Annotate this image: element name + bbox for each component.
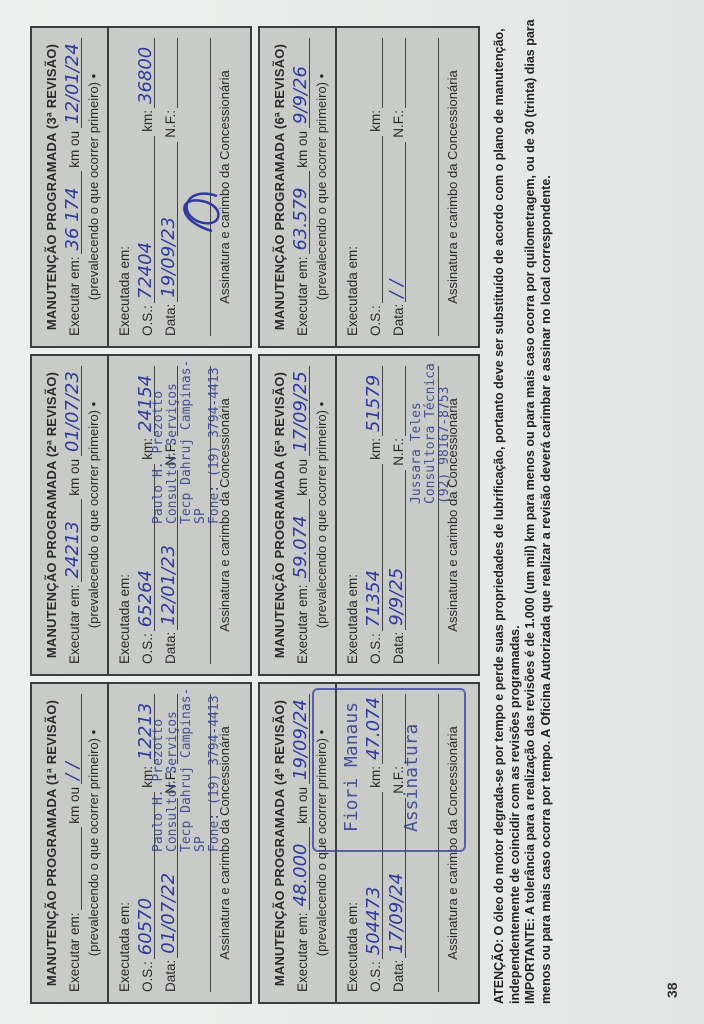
data-label: Data:: [391, 960, 406, 992]
data-label: Data:: [163, 304, 178, 336]
km-ou-label: km ou: [67, 131, 82, 168]
os-row: O.S.: 71354 km: 51579: [364, 366, 383, 664]
executar-date-field[interactable]: 19/09/24: [291, 694, 310, 784]
revision-box-4: MANUTENÇÃO PROGRAMADA (4ª REVISÃO) Execu…: [258, 682, 480, 1004]
importante-label: IMPORTANTE:: [523, 918, 537, 1004]
executar-label: Executar em:: [295, 912, 310, 992]
executar-label: Executar em:: [67, 256, 82, 336]
dealer-stamp: Jussara TelesConsultora Técnica(92) 9816…: [410, 363, 452, 504]
divider: [335, 356, 337, 674]
date-field[interactable]: / /: [387, 142, 406, 302]
prevalecendo-note: (prevalecendo o que ocorrer primeiro) •: [314, 356, 329, 674]
executada-row: Executada em:: [117, 366, 132, 664]
revision-box-2: MANUTENÇÃO PROGRAMADA (2ª REVISÃO) Execu…: [30, 354, 252, 676]
data-label: Data:: [163, 632, 178, 664]
km-label: km:: [368, 110, 383, 132]
prevalecendo-note: (prevalecendo o que ocorrer primeiro) •: [86, 28, 101, 346]
nf-label: N.F.:: [391, 110, 406, 138]
os-field[interactable]: 71354: [364, 464, 383, 631]
os-label: O.S.:: [140, 305, 155, 336]
executada-row: Executada em:: [345, 366, 360, 664]
km-field[interactable]: 51579: [364, 366, 383, 436]
date-field[interactable]: 9/9/25: [387, 470, 406, 630]
revision-box-1: MANUTENÇÃO PROGRAMADA (1ª REVISÃO) Execu…: [30, 682, 252, 1004]
executar-date-field[interactable]: / /: [63, 694, 82, 784]
executar-km-field[interactable]: 24213: [63, 499, 82, 583]
dealer-stamp: Paulo H. PrezottoConsultor ServiçosTecp …: [152, 356, 222, 524]
importante-text: A tolerância para a realização das revis…: [523, 19, 553, 1004]
executar-row: Executar em: 36 174 km ou 12/01/24: [63, 38, 82, 336]
signature-label: Assinatura e carimbo da Concessionária: [445, 28, 460, 346]
maintenance-booklet-page: MANUTENÇÃO PROGRAMADA (1ª REVISÃO) Execu…: [0, 0, 704, 1024]
os-label: O.S.:: [368, 961, 383, 992]
atencao-label: ATENÇÃO:: [492, 939, 506, 1004]
executada-label: Executada em:: [345, 902, 360, 992]
executada-label: Executada em:: [117, 246, 132, 336]
km-ou-label: km ou: [295, 459, 310, 496]
executada-label: Executada em:: [117, 574, 132, 664]
signature-scribble-icon: [172, 181, 232, 241]
executar-label: Executar em:: [295, 256, 310, 336]
divider: [107, 356, 109, 674]
nf-label: N.F.:: [163, 110, 178, 138]
dealer-stamp-frame: [312, 688, 466, 852]
nf-label: N.F.:: [391, 438, 406, 466]
executar-km-field[interactable]: 59.074: [291, 499, 310, 583]
executar-date-field[interactable]: 17/09/25: [291, 366, 310, 456]
km-ou-label: km ou: [67, 459, 82, 496]
data-label: Data:: [391, 304, 406, 336]
revision-grid: MANUTENÇÃO PROGRAMADA (1ª REVISÃO) Execu…: [30, 24, 480, 1004]
revision-title: MANUTENÇÃO PROGRAMADA (6ª REVISÃO): [272, 28, 287, 346]
page-number: 38: [664, 982, 680, 998]
km-ou-label: km ou: [67, 787, 82, 824]
os-label: O.S.:: [368, 305, 383, 336]
executar-label: Executar em:: [295, 584, 310, 664]
executada-row: Executada em:: [345, 38, 360, 336]
executar-row: Executar em: 24213 km ou 01/07/23: [63, 366, 82, 664]
nf-field[interactable]: [159, 38, 178, 108]
km-field[interactable]: [364, 38, 383, 108]
executar-row: Executar em: 63.579 km ou 9/9/26: [291, 38, 310, 336]
dealer-stamp: Paulo H. PrezottoConsultor ServiçosTecp …: [152, 684, 222, 852]
revision-title: MANUTENÇÃO PROGRAMADA (5ª REVISÃO): [272, 356, 287, 674]
revision-title: MANUTENÇÃO PROGRAMADA (2ª REVISÃO): [44, 356, 59, 674]
executar-km-field[interactable]: 36 174: [63, 171, 82, 255]
executar-row: Executar em: 48.000 km ou 19/09/24: [291, 694, 310, 992]
executar-date-field[interactable]: 01/07/23: [63, 366, 82, 456]
km-label: km:: [140, 110, 155, 132]
revision-box-3: MANUTENÇÃO PROGRAMADA (3ª REVISÃO) Execu…: [30, 26, 252, 348]
km-field[interactable]: 36800: [136, 38, 155, 108]
nf-field[interactable]: [387, 38, 406, 108]
km-ou-label: km ou: [295, 131, 310, 168]
data-label: Data:: [391, 632, 406, 664]
km-ou-label: km ou: [295, 787, 310, 824]
executada-row: Executada em:: [117, 694, 132, 992]
revision-box-6: MANUTENÇÃO PROGRAMADA (6ª REVISÃO) Execu…: [258, 26, 480, 348]
os-field[interactable]: 72404: [136, 136, 155, 303]
data-label: Data:: [163, 960, 178, 992]
executar-row: Executar em: 59.074 km ou 17/09/25: [291, 366, 310, 664]
executar-km-field[interactable]: 63.579: [291, 171, 310, 255]
executar-label: Executar em:: [67, 584, 82, 664]
divider: [335, 28, 337, 346]
os-row: O.S.: 72404 km: 36800: [136, 38, 155, 336]
executar-km-field[interactable]: [63, 827, 82, 911]
executada-row: Executada em:: [117, 38, 132, 336]
revision-title: MANUTENÇÃO PROGRAMADA (1ª REVISÃO): [44, 684, 59, 1002]
divider: [107, 684, 109, 1002]
prevalecendo-note: (prevalecendo o que ocorrer primeiro) •: [86, 684, 101, 1002]
executada-label: Executada em:: [117, 902, 132, 992]
divider: [107, 28, 109, 346]
prevalecendo-note: (prevalecendo o que ocorrer primeiro) •: [86, 356, 101, 674]
revision-box-5: MANUTENÇÃO PROGRAMADA (5ª REVISÃO) Execu…: [258, 354, 480, 676]
km-label: km:: [368, 438, 383, 460]
atencao-text: O óleo do motor degrada-se por tempo e p…: [492, 28, 522, 1004]
nf-field[interactable]: [387, 366, 406, 436]
os-label: O.S.:: [140, 961, 155, 992]
executar-date-field[interactable]: 12/01/24: [63, 38, 82, 128]
os-label: O.S.:: [140, 633, 155, 664]
executada-label: Executada em:: [345, 574, 360, 664]
data-row: Data: 9/9/25 N.F.:: [387, 366, 406, 664]
data-row: Data: / / N.F.:: [387, 38, 406, 336]
executar-label: Executar em:: [67, 912, 82, 992]
os-field[interactable]: [364, 136, 383, 303]
prevalecendo-note: (prevalecendo o que ocorrer primeiro) •: [314, 28, 329, 346]
os-label: O.S.:: [368, 633, 383, 664]
executar-km-field[interactable]: 48.000: [291, 827, 310, 911]
os-row: O.S.: km:: [364, 38, 383, 336]
revision-title: MANUTENÇÃO PROGRAMADA (3ª REVISÃO): [44, 28, 59, 346]
signature-line[interactable]: [416, 38, 439, 336]
notice-text: ATENÇÃO: O óleo do motor degrada-se por …: [492, 14, 554, 1004]
executada-label: Executada em:: [345, 246, 360, 336]
executar-date-field[interactable]: 9/9/26: [291, 38, 310, 128]
executar-row: Executar em: km ou / /: [63, 694, 82, 992]
revision-title: MANUTENÇÃO PROGRAMADA (4ª REVISÃO): [272, 684, 287, 1002]
